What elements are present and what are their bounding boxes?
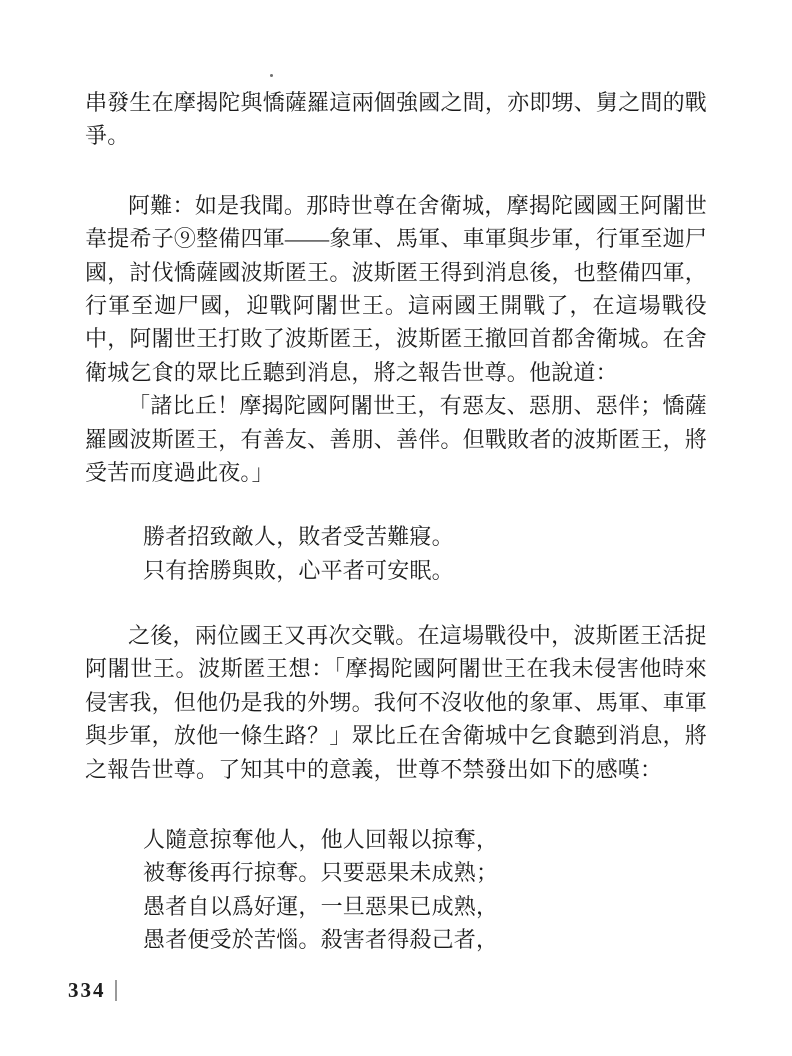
verse-line: 被奪後再行掠奪。只要惡果未成熟； — [143, 856, 707, 889]
text-line: 衛城乞食的眾比丘聽到消息，將之報告世尊。他說道： — [85, 356, 707, 389]
text-line: 阿難：如是我聞。那時世尊在舍衛城，摩揭陀國國王阿闍世 — [85, 189, 707, 222]
page-number-tick — [115, 980, 117, 1001]
text-line: 侵害我，但他仍是我的外甥。我何不沒收他的象軍、馬軍、車軍 — [85, 686, 707, 719]
text-line: 韋提希子⑨整備四軍——象軍、馬軍、車軍與步軍，行軍至迦尸 — [85, 222, 707, 255]
text-line: 中，阿闍世王打敗了波斯匿王，波斯匿王撤回首都舍衛城。在舍 — [85, 322, 707, 355]
page-number: 334 — [68, 978, 106, 1003]
text-line: 之報告世尊。了知其中的意義，世尊不禁發出如下的感嘆： — [85, 753, 707, 786]
buddha-quote-paragraph: 「諸比丘！摩揭陀國阿闍世王，有惡友、惡朋、惡伴；憍薩 羅國波斯匿王，有善友、善朋… — [85, 389, 707, 489]
text-line: 與步軍，放他一條生路？」眾比丘在舍衛城中乞食聽到消息，將 — [85, 719, 707, 752]
book-page: 串發生在摩揭陀與憍薩羅這兩個強國之間，亦即甥、舅之間的戰 爭。 阿難：如是我聞。… — [0, 0, 792, 1056]
text-line: 行軍至迦尸國，迎戰阿闍世王。這兩國王開戰了，在這場戰役 — [85, 289, 707, 322]
text-line: 羅國波斯匿王，有善友、善朋、善伴。但戰敗者的波斯匿王，將 — [85, 423, 707, 456]
verse-line: 愚者便受於苦惱。殺害者得殺己者， — [143, 923, 707, 956]
page-content: 串發生在摩揭陀與憍薩羅這兩個強國之間，亦即甥、舅之間的戰 爭。 阿難：如是我聞。… — [85, 86, 707, 957]
text-line: 「諸比丘！摩揭陀國阿闍世王，有惡友、惡朋、惡伴；憍薩 — [85, 389, 707, 422]
narrative-paragraph-1: 阿難：如是我聞。那時世尊在舍衛城，摩揭陀國國王阿闍世 韋提希子⑨整備四軍——象軍… — [85, 189, 707, 389]
verse-line: 人隨意掠奪他人，他人回報以掠奪， — [143, 823, 707, 856]
scan-speck — [270, 74, 273, 77]
text-line: 爭。 — [85, 119, 707, 152]
text-line: 串發生在摩揭陀與憍薩羅這兩個強國之間，亦即甥、舅之間的戰 — [85, 86, 707, 119]
text-line: 之後，兩位國王又再次交戰。在這場戰役中，波斯匿王活捉 — [85, 619, 707, 652]
verse-line: 只有捨勝與敗，心平者可安眠。 — [143, 554, 707, 587]
verse-2: 人隨意掠奪他人，他人回報以掠奪， 被奪後再行掠奪。只要惡果未成熟； 愚者自以爲好… — [143, 823, 707, 957]
paragraph-continuation: 串發生在摩揭陀與憍薩羅這兩個強國之間，亦即甥、舅之間的戰 爭。 — [85, 86, 707, 153]
text-line: 阿闍世王。波斯匿王想：「摩揭陀國阿闍世王在我未侵害他時來 — [85, 652, 707, 685]
narrative-paragraph-2: 之後，兩位國王又再次交戰。在這場戰役中，波斯匿王活捉 阿闍世王。波斯匿王想：「摩… — [85, 619, 707, 786]
text-line: 國，討伐憍薩國波斯匿王。波斯匿王得到消息後，也整備四軍， — [85, 256, 707, 289]
verse-line: 愚者自以爲好運，一旦惡果已成熟， — [143, 890, 707, 923]
verse-1: 勝者招致敵人，敗者受苦難寢。 只有捨勝與敗，心平者可安眠。 — [143, 520, 707, 587]
text-line: 受苦而度過此夜。」 — [85, 456, 707, 489]
verse-line: 勝者招致敵人，敗者受苦難寢。 — [143, 520, 707, 553]
page-footer: 334 — [68, 978, 117, 1003]
